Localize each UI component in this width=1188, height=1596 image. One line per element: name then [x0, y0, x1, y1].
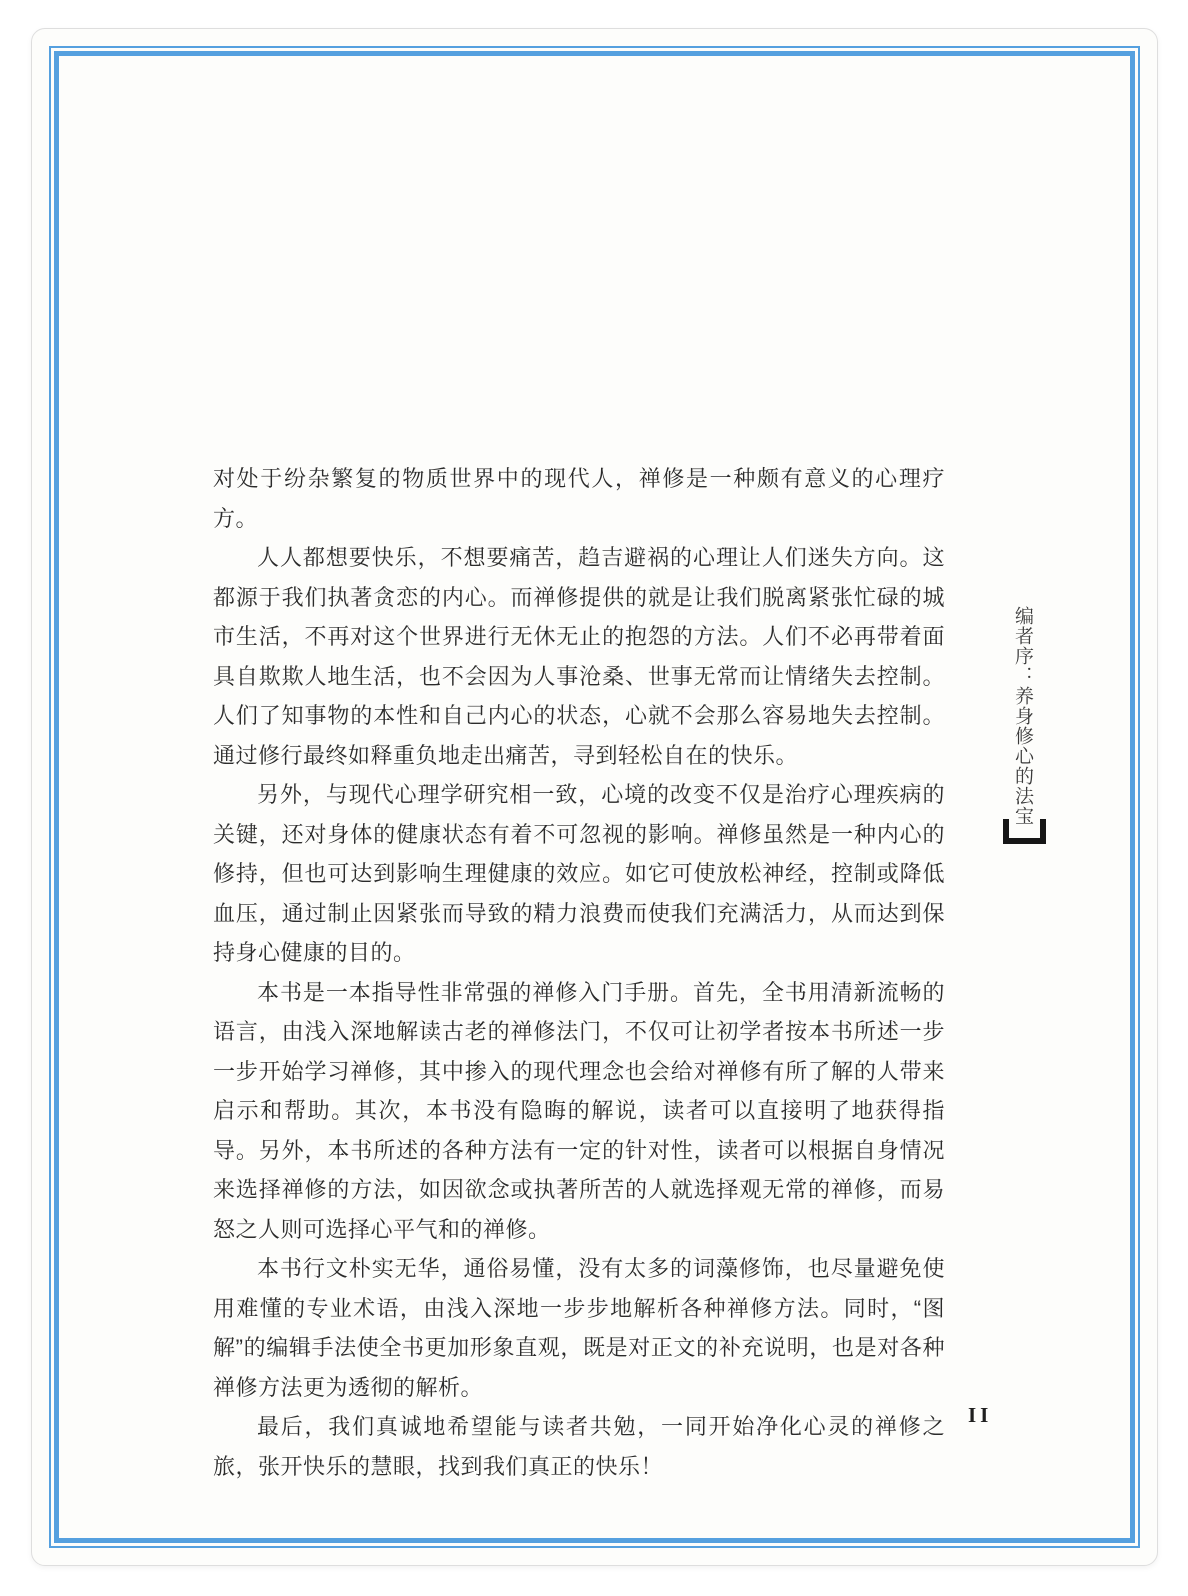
caption-text: 编者序：养身修心的法宝: [1012, 606, 1033, 826]
body-text: 对处于纷杂繁复的物质世界中的现代人，禅修是一种颇有意义的心理疗方。 人人都想要快…: [213, 459, 945, 1486]
paragraph: 本书是一本指导性非常强的禅修入门手册。首先，全书用清新流畅的语言，由浅入深地解读…: [213, 973, 945, 1250]
paragraph-continued: 对处于纷杂繁复的物质世界中的现代人，禅修是一种颇有意义的心理疗方。: [213, 459, 945, 538]
paragraph: 人人都想要快乐，不想要痛苦，趋吉避祸的心理让人们迷失方向。这都源于我们执著贪恋的…: [213, 538, 945, 775]
paragraph: 本书行文朴实无华，通俗易懂，没有太多的词藻修饰，也尽量避免使用难懂的专业术语，由…: [213, 1249, 945, 1407]
paragraph: 最后，我们真诚地希望能与读者共勉，一同开始净化心灵的禅修之旅，张开快乐的慧眼，找…: [213, 1407, 945, 1486]
book-page: 对处于纷杂繁复的物质世界中的现代人，禅修是一种颇有意义的心理疗方。 人人都想要快…: [31, 28, 1158, 1566]
margin-caption: 编者序：养身修心的法宝: [1009, 606, 1036, 816]
paragraph: 另外，与现代心理学研究相一致，心境的改变不仅是治疗心理疾病的关键，还对身体的健康…: [213, 775, 945, 973]
bracket-ornament: [1003, 819, 1046, 844]
page-number: II: [968, 1403, 992, 1428]
